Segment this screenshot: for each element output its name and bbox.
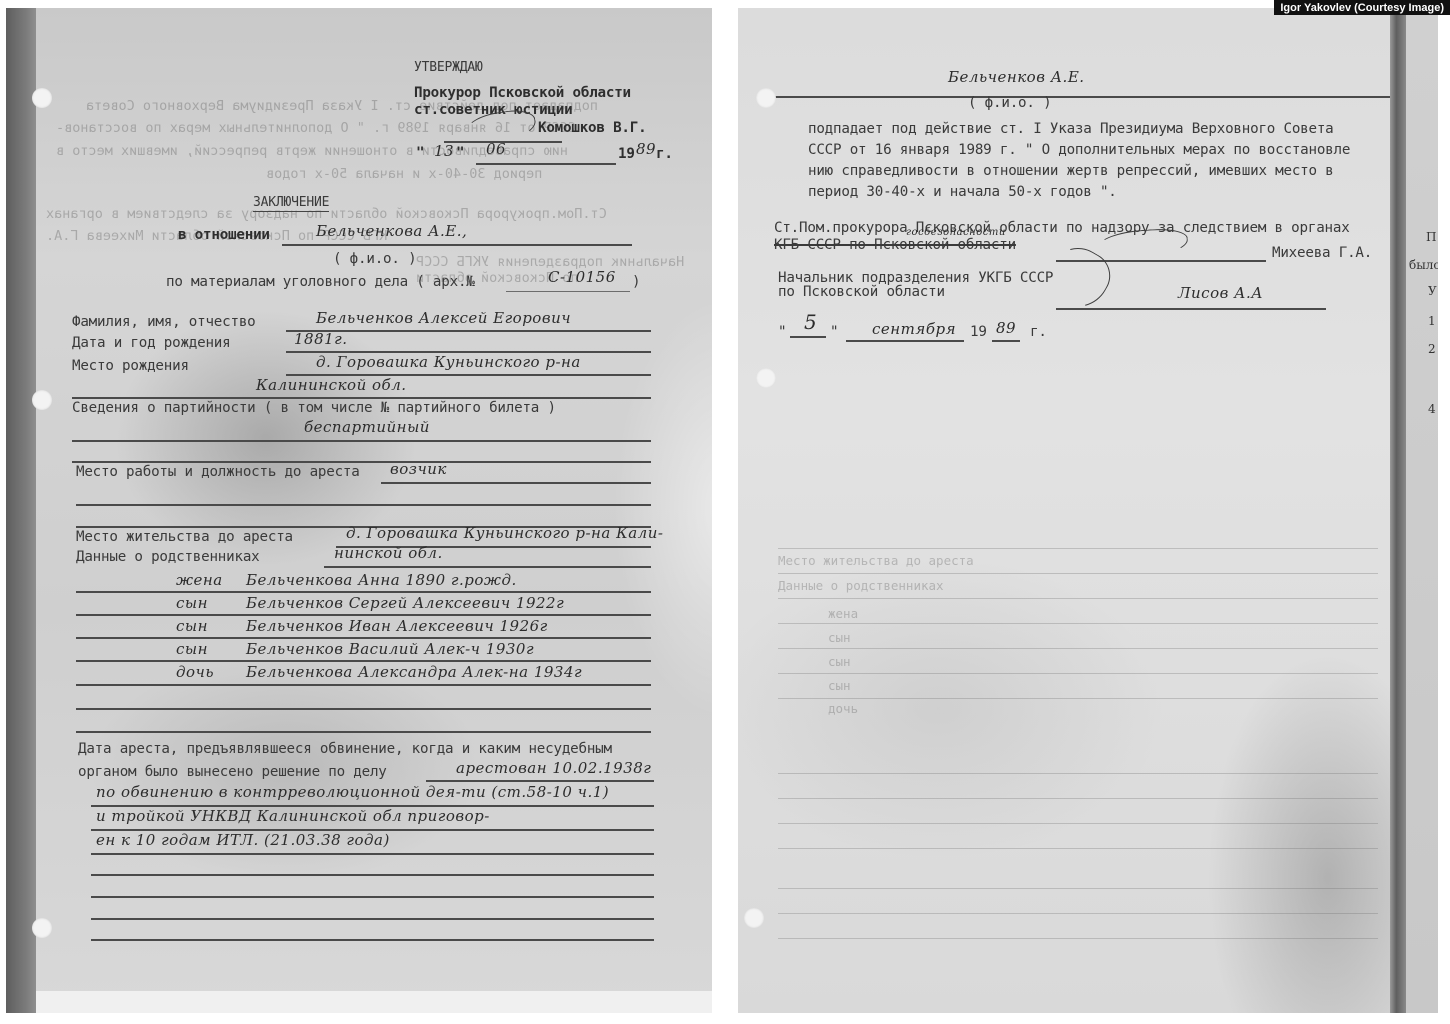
underlying-text: П — [1426, 230, 1436, 244]
field-value-residence-cont: нинской обл. — [334, 544, 443, 562]
date-day: 5 — [804, 310, 817, 334]
signer1-title: Ст.Пом.прокурора Псковской области по на… — [774, 220, 1350, 236]
field-line — [72, 397, 651, 399]
punch-hole — [744, 908, 764, 928]
field-label-residence: Место жительства до ареста — [76, 529, 293, 545]
regarding-value: Бельченкова А.Е., — [316, 222, 467, 240]
field-line — [91, 874, 654, 876]
case-close: ) — [632, 274, 640, 290]
relative-relation: сын — [176, 594, 208, 612]
arrest-label-cont: органом было вынесено решение по делу — [78, 764, 387, 780]
faded-text: сын — [828, 678, 851, 693]
field-value-residence: д. Горовашка Куньинского р-на Кали- — [346, 524, 663, 542]
date-line — [790, 336, 826, 338]
photo-credit: Igor Yakovlev (Courtesy Image) — [1274, 0, 1450, 15]
paragraph-line: подпадает под действие ст. I Указа Прези… — [808, 121, 1334, 137]
signer1-name: Михеева Г.А. — [1272, 245, 1372, 261]
field-line — [72, 440, 651, 442]
field-line — [76, 660, 651, 662]
faded-rule — [778, 548, 1378, 549]
field-line — [426, 780, 654, 782]
relative-name: Бельченкова Анна 1890 г.рожд. — [246, 571, 517, 589]
field-line — [91, 853, 654, 855]
underlying-text: У — [1428, 284, 1437, 298]
field-line — [324, 566, 651, 568]
punch-hole — [32, 88, 52, 108]
relative-name: Бельченков Василий Алек-ч 1930г — [246, 640, 534, 658]
regarding-label: в отношении — [178, 227, 270, 243]
fio-caption: ( ф.и.о. ) — [333, 251, 416, 267]
faded-text: сын — [828, 630, 851, 645]
arrest-date: арестован 10.02.1938г — [456, 759, 651, 777]
field-value-birthplace: д. Горовашка Куньинского р-на — [316, 353, 581, 371]
signer1-title-struck: КГБ СССР по Псковской области — [774, 237, 1016, 253]
field-value-party: беспартийный — [304, 418, 430, 436]
arrest-label: Дата ареста, предъявлявшееся обвинение, … — [78, 741, 612, 757]
date-month-line — [476, 163, 616, 165]
paragraph-line: нию справедливости в отношении жертв реп… — [808, 163, 1334, 179]
date-quote-close: " — [830, 324, 838, 340]
faded-rule — [778, 648, 1378, 649]
faded-rule — [778, 698, 1378, 699]
punch-hole — [32, 390, 52, 410]
approval-date-year-hand: 89 — [636, 140, 656, 158]
arrest-charge: по обвинению в контрреволюционной дея-ти… — [96, 783, 609, 801]
approval-quote-close: " — [456, 145, 464, 161]
punch-hole — [756, 88, 776, 108]
date-year: 89 — [996, 319, 1016, 337]
relative-name: Бельченков Сергей Алексеевич 1922г — [246, 594, 564, 612]
field-label-birthplace: Место рождения — [72, 358, 189, 374]
arrest-sentence: ен к 10 годам ИТЛ. (21.03.38 года) — [96, 831, 390, 849]
field-line — [381, 482, 651, 484]
field-line — [76, 591, 651, 593]
regarding-line — [282, 244, 632, 246]
page-title: ЗАКЛЮЧЕНИЕ — [253, 195, 329, 212]
field-label-party: Сведения о партийности ( в том числе № п… — [72, 400, 556, 416]
approval-name: Комошков В.Г. — [538, 120, 646, 136]
arrest-tribunal: и тройкой УНКВД Калининской обл приговор… — [96, 807, 490, 825]
paragraph-line: период 30-40-х и начала 50-х годов ". — [808, 184, 1117, 200]
field-line — [91, 896, 654, 898]
date-year-prefix: 19 — [970, 324, 987, 340]
faded-rule — [778, 773, 1378, 774]
faded-rule — [778, 673, 1378, 674]
signature-line — [1056, 308, 1326, 310]
case-label: по материалам уголовного дела ( арх.№ — [166, 274, 475, 290]
field-label-birthdate: Дата и год рождения — [72, 335, 231, 351]
field-value-birthdate: 1881г. — [294, 330, 348, 348]
date-suffix: г. — [1030, 324, 1047, 340]
faded-rule — [778, 823, 1378, 824]
underlying-page: П было У 1 2 4 — [1406, 8, 1438, 1013]
relative-relation: сын — [176, 640, 208, 658]
underlying-text: 2 — [1428, 342, 1436, 356]
faded-rule — [778, 848, 1378, 849]
field-value-birthplace-cont: Калининской обл. — [256, 376, 407, 394]
relative-name: Бельченков Иван Алексеевич 1926г — [246, 617, 548, 635]
faded-text: сын — [828, 654, 851, 669]
punch-hole — [32, 918, 52, 938]
field-line — [76, 637, 651, 639]
paper-sheet: подпадает под действие ст. I Указа Прези… — [36, 8, 712, 1013]
bleed-through-text: период 30-40-х и начала 50-х годов — [266, 166, 542, 182]
faded-text: Место жительства до ареста — [778, 553, 974, 568]
faded-text: Данные о родственниках — [778, 578, 944, 593]
approval-date-day: 13 — [434, 142, 454, 160]
field-line — [76, 731, 651, 733]
underlying-text: было — [1409, 258, 1438, 272]
field-line — [91, 939, 654, 941]
case-line — [506, 291, 630, 292]
faded-rule — [778, 913, 1378, 914]
approval-position: Прокурор Псковской области — [414, 85, 631, 101]
faded-rule — [778, 573, 1378, 574]
relative-name: Бельченкова Александра Алек-на 1934г — [246, 663, 582, 681]
signer2-name: Лисов А.А — [1178, 284, 1263, 302]
field-line — [76, 708, 651, 710]
faded-rule — [778, 623, 1378, 624]
page-fold-shadow — [1390, 8, 1406, 1013]
punch-hole — [756, 368, 776, 388]
field-value-work: возчик — [390, 460, 447, 478]
signer2-title-cont: по Псковской области — [778, 284, 945, 300]
faded-rule — [778, 598, 1378, 599]
field-line — [76, 504, 651, 506]
date-line — [846, 340, 964, 342]
field-label-work: Место работы и должность до ареста — [76, 464, 360, 480]
field-label-name: Фамилия, имя, отчество — [72, 314, 256, 330]
faded-rule — [778, 798, 1378, 799]
approval-date-year: 19 — [618, 146, 635, 162]
field-line — [72, 461, 651, 463]
field-value-name: Бельченков Алексей Егорович — [316, 309, 571, 327]
approval-quote-open: " — [416, 145, 424, 161]
document-page-conclusion-continued: Место жительства до ареста Данные о родс… — [738, 8, 1438, 1013]
approval-heading: УТВЕРЖДАЮ — [414, 60, 483, 75]
underlying-text: 1 — [1428, 314, 1436, 328]
field-label-relatives: Данные о родственниках — [76, 549, 260, 565]
field-line — [76, 684, 651, 686]
case-number: С-10156 — [548, 268, 616, 286]
date-month: сентября — [872, 320, 956, 338]
approval-date-month: 06 — [486, 140, 506, 158]
paragraph-line: СССР от 16 января 1989 г. " О дополнител… — [808, 142, 1350, 158]
faded-rule — [778, 888, 1378, 889]
approval-date-suffix: г. — [656, 146, 673, 162]
date-quote-open: " — [778, 324, 786, 340]
faded-rule — [778, 938, 1378, 939]
page-bottom-margin — [36, 991, 712, 1013]
subject-name: Бельченков А.Е. — [948, 68, 1085, 86]
date-line — [992, 340, 1020, 342]
faded-text: жена — [828, 606, 858, 621]
field-line — [76, 614, 651, 616]
fio-caption: ( ф.и.о. ) — [968, 95, 1051, 111]
field-line — [91, 918, 654, 920]
subject-line — [768, 96, 1390, 98]
relative-relation: жена — [176, 571, 223, 589]
faded-text: дочь — [828, 701, 858, 716]
document-page-conclusion: подпадает под действие ст. I Указа Прези… — [6, 8, 712, 1013]
relative-relation: дочь — [176, 663, 214, 681]
relative-relation: сын — [176, 617, 208, 635]
underlying-text: 4 — [1428, 402, 1436, 416]
